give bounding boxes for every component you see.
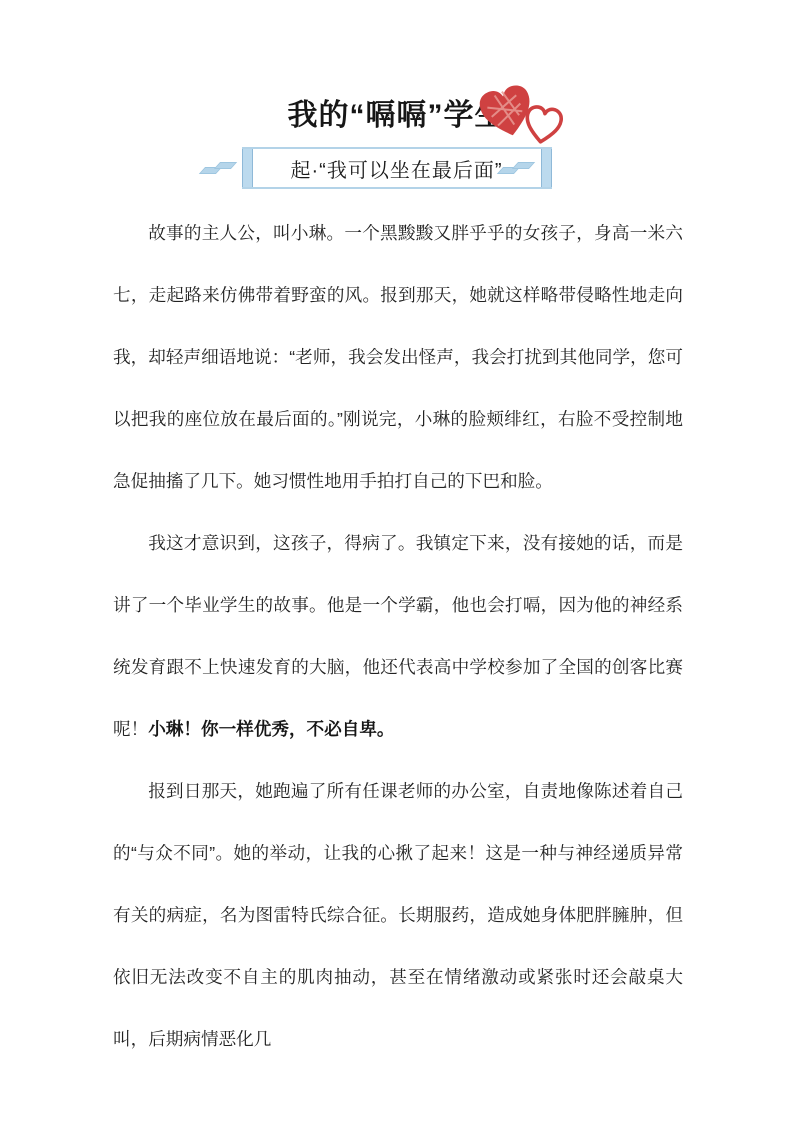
- paragraph-2-text: 我这才意识到，这孩子，得病了。我镇定下来，没有接她的话，而是讲了一个毕业学生的故…: [113, 533, 683, 739]
- section-subtitle: 起·“我可以坐在最后面”: [253, 149, 541, 187]
- document-page: 我的“嗝嗝”学生 起·“我可以坐在最后面” 故事: [0, 0, 793, 1122]
- banner-dash-left-icon: [202, 161, 236, 175]
- hearts-icon: [477, 84, 565, 148]
- paragraph-2: 我这才意识到，这孩子，得病了。我镇定下来，没有接她的话，而是讲了一个毕业学生的故…: [113, 512, 683, 760]
- banner-dash-right-icon: [500, 161, 534, 175]
- title-row: 我的“嗝嗝”学生: [0, 94, 793, 140]
- banner-box: 起·“我可以坐在最后面”: [242, 147, 552, 189]
- document-header: 我的“嗝嗝”学生 起·“我可以坐在最后面”: [0, 0, 793, 189]
- banner-cap-right: [541, 149, 552, 187]
- paragraph-1: 故事的主人公，叫小琳。一个黑黢黢又胖乎乎的女孩子，身高一米六七，走起路来仿佛带着…: [113, 202, 683, 512]
- paragraph-3: 报到日那天，她跑遍了所有任课老师的办公室，自责地像陈述着自己的“与众不同”。她的…: [113, 760, 683, 1070]
- page-title: 我的“嗝嗝”学生: [288, 94, 506, 138]
- paragraph-2-bold-text: 小琳！你一样优秀，不必自卑。: [148, 719, 394, 739]
- article-body: 故事的主人公，叫小琳。一个黑黢黢又胖乎乎的女孩子，身高一米六七，走起路来仿佛带着…: [113, 202, 683, 1070]
- section-banner: 起·“我可以坐在最后面”: [0, 147, 793, 189]
- paragraph-3-text: 报到日那天，她跑遍了所有任课老师的办公室，自责地像陈述着自己的“与众不同”。她的…: [113, 781, 683, 1049]
- paragraph-1-text: 故事的主人公，叫小琳。一个黑黢黢又胖乎乎的女孩子，身高一米六七，走起路来仿佛带着…: [113, 223, 683, 491]
- banner-cap-left: [242, 149, 253, 187]
